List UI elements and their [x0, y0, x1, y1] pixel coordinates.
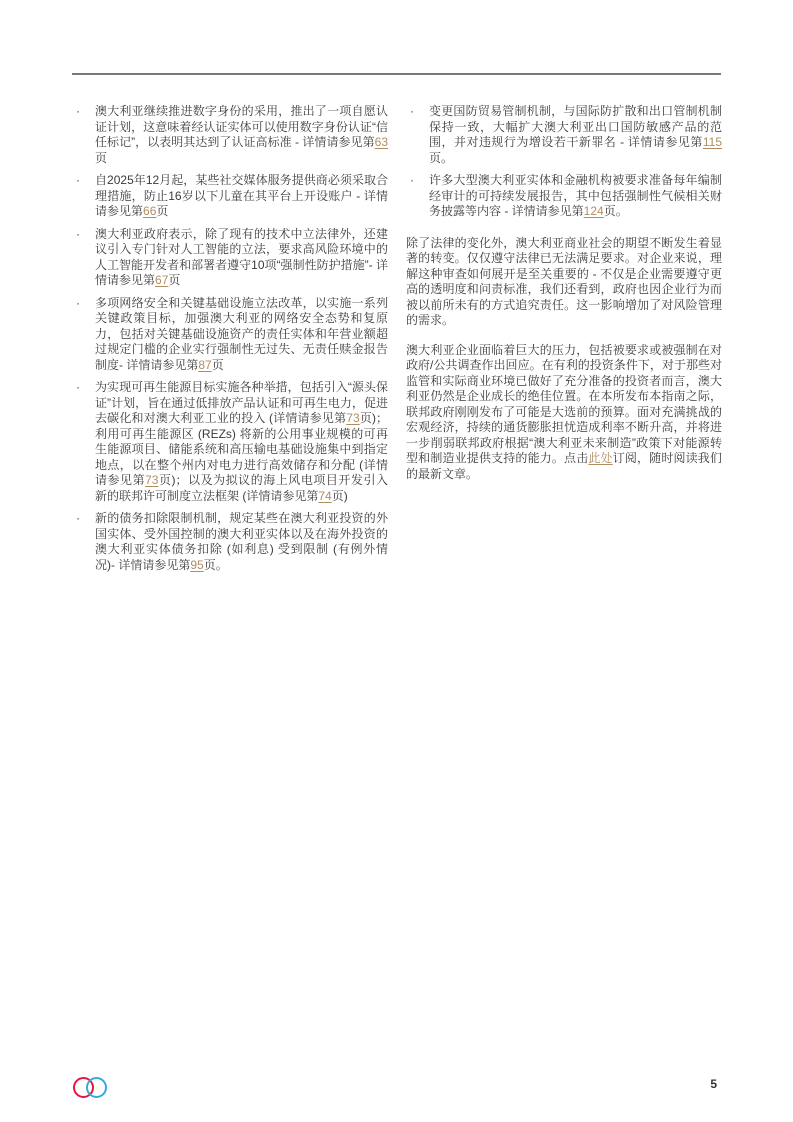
bullet-item: ·变更国防贸易管制机制，与国际防扩散和出口管制机制保持一致，大幅扩大澳大利亚出口… — [406, 104, 722, 166]
content-columns: ·澳大利亚继续推进数字身份的采用，推出了一项自愿认证计划，这意味着经认证实体可以… — [72, 104, 722, 580]
inline-page-link[interactable]: 95 — [190, 558, 203, 572]
inline-page-link[interactable]: 87 — [198, 358, 211, 372]
inline-page-link[interactable]: 115 — [703, 135, 722, 149]
bullet-marker: · — [410, 104, 414, 120]
right-paragraphs: 除了法律的变化外，澳大利亚商业社会的期望不断发生着显著的转变。仅仅遵守法律已无法… — [406, 236, 722, 483]
text-run: 自2025年12月起，某些社交媒体服务提供商必须采取合理措施，防止16岁以下儿童… — [95, 173, 388, 218]
text-run: 为实现可再生能源目标实施各种举措，包括引入“源头保证”计划，旨在通过低排放产品认… — [95, 380, 388, 425]
text-run: 除了法律的变化外，澳大利亚商业社会的期望不断发生着显著的转变。仅仅遵守法律已无法… — [406, 236, 722, 328]
header-divider — [72, 73, 721, 75]
brand-logo — [73, 1077, 107, 1098]
left-column: ·澳大利亚继续推进数字身份的采用，推出了一项自愿认证计划，这意味着经认证实体可以… — [72, 104, 388, 580]
left-bullet-list: ·澳大利亚继续推进数字身份的采用，推出了一项自愿认证计划，这意味着经认证实体可以… — [72, 104, 388, 573]
bullet-marker: · — [76, 104, 80, 120]
text-run: 页 — [168, 273, 180, 287]
bullet-marker: · — [76, 296, 80, 312]
inline-page-link[interactable]: 73 — [346, 411, 359, 425]
bullet-item: ·新的债务扣除限制机制，规定某些在澳大利亚投资的外国实体、受外国控制的澳大利亚实… — [72, 511, 388, 573]
body-paragraph: 澳大利亚企业面临着巨大的压力，包括被要求或被强制在对政府/公共调查作出回应。在有… — [406, 343, 722, 483]
inline-page-link[interactable]: 此处 — [588, 451, 612, 465]
bullet-text: 澳大利亚政府表示，除了现有的技术中立法律外，还建议引入专门针对人工智能的立法，要… — [95, 227, 388, 288]
text-run: 澳大利亚继续推进数字身份的采用，推出了一项自愿认证计划，这意味着经认证实体可以使… — [95, 104, 388, 149]
body-paragraph: 除了法律的变化外，澳大利亚商业社会的期望不断发生着显著的转变。仅仅遵守法律已无法… — [406, 236, 722, 329]
bullet-item: ·多项网络安全和关键基础设施立法改革，以实施一系列关键政策目标，加强澳大利亚的网… — [72, 296, 388, 374]
inline-page-link[interactable]: 63 — [375, 135, 388, 149]
inline-page-link[interactable]: 74 — [318, 489, 331, 503]
bullet-marker: · — [76, 173, 80, 189]
bullet-text: 变更国防贸易管制机制，与国际防扩散和出口管制机制保持一致，大幅扩大澳大利亚出口国… — [429, 104, 722, 165]
text-run: 页 — [212, 358, 224, 372]
inline-page-link[interactable]: 73 — [145, 473, 158, 487]
text-run: 页 — [95, 151, 107, 165]
bullet-text: 澳大利亚继续推进数字身份的采用，推出了一项自愿认证计划，这意味着经认证实体可以使… — [95, 104, 388, 165]
inline-page-link[interactable]: 66 — [143, 204, 156, 218]
text-run: 页) — [332, 489, 348, 503]
text-run: 页。 — [204, 558, 228, 572]
text-run: 页。 — [429, 151, 453, 165]
inline-page-link[interactable]: 124 — [584, 204, 604, 218]
text-run: 变更国防贸易管制机制，与国际防扩散和出口管制机制保持一致，大幅扩大澳大利亚出口国… — [429, 104, 722, 149]
text-run: 页。 — [604, 204, 628, 218]
bullet-item: ·澳大利亚继续推进数字身份的采用，推出了一项自愿认证计划，这意味着经认证实体可以… — [72, 104, 388, 166]
text-run: 澳大利亚政府表示，除了现有的技术中立法律外，还建议引入专门针对人工智能的立法，要… — [95, 227, 388, 288]
right-bullet-list: ·变更国防贸易管制机制，与国际防扩散和出口管制机制保持一致，大幅扩大澳大利亚出口… — [406, 104, 722, 220]
text-run: 页 — [156, 204, 168, 218]
document-page: { "bullet_char": "·", "colors": { "text"… — [0, 0, 793, 1122]
bullet-text: 新的债务扣除限制机制，规定某些在澳大利亚投资的外国实体、受外国控制的澳大利亚实体… — [95, 511, 388, 572]
bullet-item: ·自2025年12月起，某些社交媒体服务提供商必须采取合理措施，防止16岁以下儿… — [72, 173, 388, 220]
text-run: 澳大利亚企业面临着巨大的压力，包括被要求或被强制在对政府/公共调查作出回应。在有… — [406, 343, 722, 466]
blue-ring-icon — [86, 1077, 107, 1098]
bullet-marker: · — [76, 227, 80, 243]
text-run: 许多大型澳大利亚实体和金融机构被要求准备每年编制经审计的可持续发展报告，其中包括… — [429, 173, 722, 218]
bullet-text: 许多大型澳大利亚实体和金融机构被要求准备每年编制经审计的可持续发展报告，其中包括… — [429, 173, 722, 218]
bullet-item: ·为实现可再生能源目标实施各种举措，包括引入“源头保证”计划，旨在通过低排放产品… — [72, 380, 388, 504]
text-run: 多项网络安全和关键基础设施立法改革，以实施一系列关键政策目标，加强澳大利亚的网络… — [95, 296, 388, 372]
bullet-text: 多项网络安全和关键基础设施立法改革，以实施一系列关键政策目标，加强澳大利亚的网络… — [95, 296, 388, 372]
text-run: 新的债务扣除限制机制，规定某些在澳大利亚投资的外国实体、受外国控制的澳大利亚实体… — [95, 511, 388, 572]
bullet-text: 为实现可再生能源目标实施各种举措，包括引入“源头保证”计划，旨在通过低排放产品认… — [95, 380, 388, 503]
bullet-item: ·澳大利亚政府表示，除了现有的技术中立法律外，还建议引入专门针对人工智能的立法，… — [72, 227, 388, 289]
inline-page-link[interactable]: 67 — [155, 273, 168, 287]
right-column: ·变更国防贸易管制机制，与国际防扩散和出口管制机制保持一致，大幅扩大澳大利亚出口… — [406, 104, 722, 580]
bullet-marker: · — [76, 511, 80, 527]
bullet-text: 自2025年12月起，某些社交媒体服务提供商必须采取合理措施，防止16岁以下儿童… — [95, 173, 388, 218]
bullet-marker: · — [76, 380, 80, 396]
bullet-item: ·许多大型澳大利亚实体和金融机构被要求准备每年编制经审计的可持续发展报告，其中包… — [406, 173, 722, 220]
bullet-marker: · — [410, 173, 414, 189]
page-number: 5 — [710, 1077, 717, 1091]
